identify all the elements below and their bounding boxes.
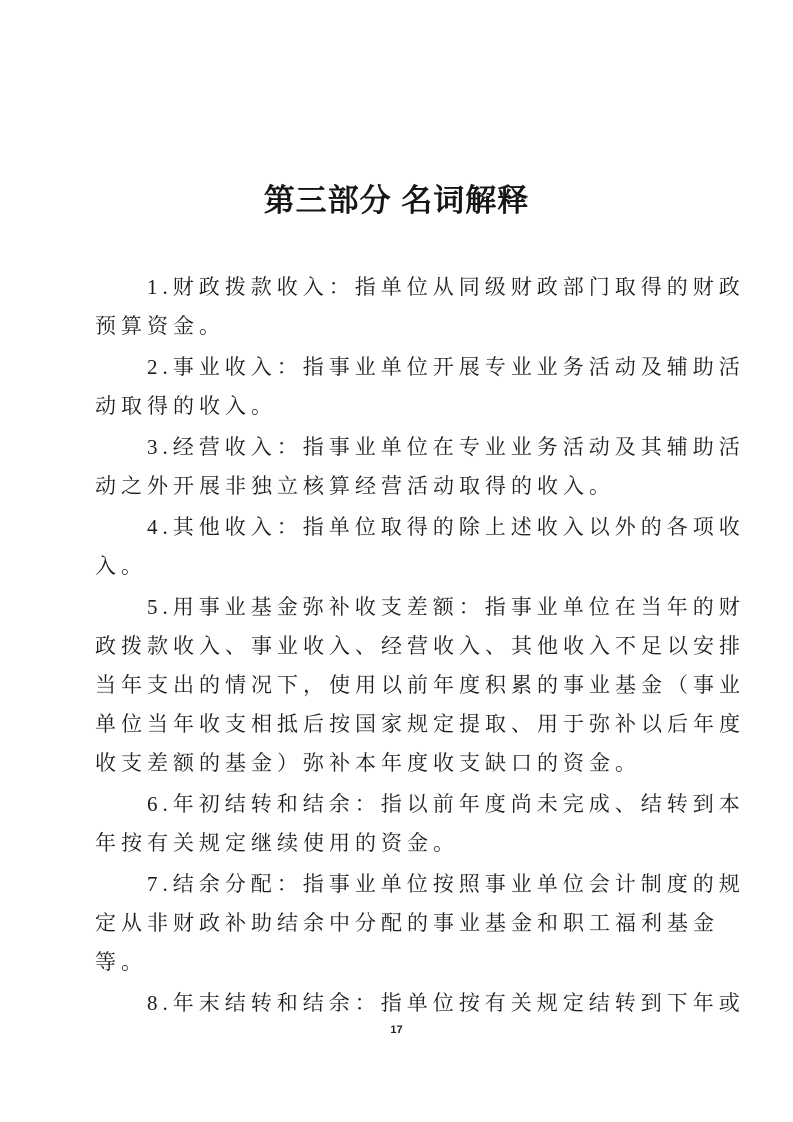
page-number: 17 [0,1022,793,1038]
paragraph-business-income: 3.经营收入：指事业单位在专业业务活动及其辅助活动之外开展非独立核算经营活动取得… [95,428,757,506]
paragraph-beginning-year-carryover: 6.年初结转和结余：指以前年度尚未完成、结转到本年按有关规定继续使用的资金。 [95,785,757,863]
paragraph-fund-deficit-coverage: 5.用事业基金弥补收支差额：指事业单位在当年的财政拨款收入、事业收入、经营收入、… [95,588,757,783]
page-title: 第三部分 名词解释 [0,0,793,221]
paragraph-year-end-carryover: 8.年末结转和结余：指单位按有关规定结转到下年或 [95,984,757,1023]
paragraph-operating-income: 2.事业收入：指事业单位开展专业业务活动及辅助活动取得的收入。 [95,348,757,426]
document-page: 第三部分 名词解释 1.财政拨款收入：指单位从同级财政部门取得的财政预算资金。 … [0,0,793,1122]
paragraph-surplus-distribution: 7.结余分配：指事业单位按照事业单位会计制度的规定从非财政补助结余中分配的事业基… [95,865,757,982]
paragraph-other-income: 4.其他收入：指单位取得的除上述收入以外的各项收入。 [95,508,757,586]
glossary-body: 1.财政拨款收入：指单位从同级财政部门取得的财政预算资金。 2.事业收入：指事业… [95,268,757,1023]
paragraph-fiscal-appropriation-income: 1.财政拨款收入：指单位从同级财政部门取得的财政预算资金。 [95,268,757,346]
